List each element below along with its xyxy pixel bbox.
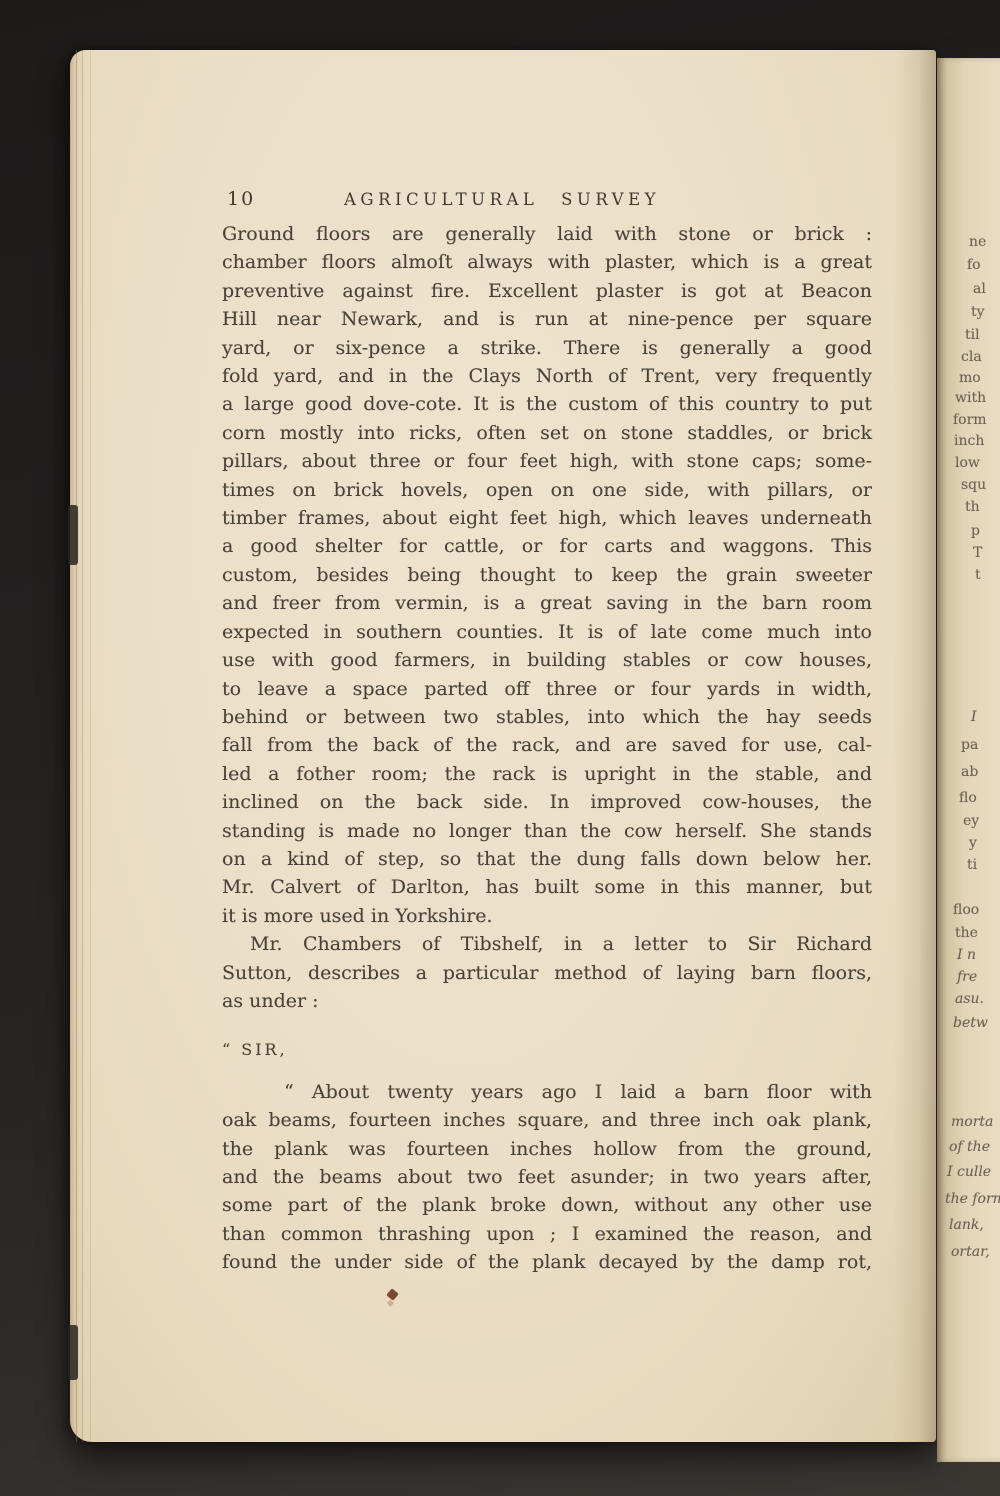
page-edge-notch xyxy=(68,1325,78,1380)
facing-page-text-fragment: betw xyxy=(953,1016,988,1030)
paragraph: Ground floors are generally laid with st… xyxy=(222,220,872,930)
text-line: oak beams, fourteen inches square, and t… xyxy=(222,1106,872,1134)
text-line: corn mostly into ricks, often set on sto… xyxy=(222,419,872,447)
text-line: a good shelter for cattle, or for carts … xyxy=(222,532,872,560)
text-line: found the under side of the plank decaye… xyxy=(222,1248,872,1276)
text-line: standing is made no longer than the cow … xyxy=(222,817,872,845)
text-line: it is more used in Yorkshire. xyxy=(222,902,872,930)
text-line: yard, or six-pence a strike. There is ge… xyxy=(222,334,872,362)
text-line: some part of the plank broke down, witho… xyxy=(222,1191,872,1219)
text-line: Mr. Calvert of Darlton, has built some i… xyxy=(222,873,872,901)
facing-page-text-fragment: I n xyxy=(957,948,976,962)
letter-salutation: “ SIR, xyxy=(222,1036,872,1064)
text-line: use with good farmers, in building stabl… xyxy=(222,646,872,674)
facing-page-text-fragment: the xyxy=(955,926,978,940)
text-line: Mr. Chambers of Tibshelf, in a letter to… xyxy=(222,930,872,958)
text-line: on a kind of step, so that the dung fall… xyxy=(222,845,872,873)
text-line: behind or between two stables, into whic… xyxy=(222,703,872,731)
page-edge-notch xyxy=(68,505,78,565)
facing-page-text-fragment: flo xyxy=(959,791,977,805)
text-line: led a fother room; the rack is upright i… xyxy=(222,760,872,788)
text-line: pillars, about three or four feet high, … xyxy=(222,447,872,475)
facing-page-text-fragment: p xyxy=(971,524,980,538)
facing-page-text-fragment: t xyxy=(975,568,981,582)
text-line: fold yard, and in the Clays North of Tre… xyxy=(222,362,872,390)
facing-page-text-fragment: I xyxy=(971,710,977,724)
facing-page-text-fragment: the form xyxy=(945,1192,1000,1206)
facing-page-text-fragment: th xyxy=(965,500,980,514)
facing-page-text-fragment: of the xyxy=(949,1140,990,1154)
text-line: a large good dove-cote. It is the custom… xyxy=(222,390,872,418)
text-line: Hill near Newark, and is run at nine-pen… xyxy=(222,305,872,333)
text-line: than common thrashing upon ; I examined … xyxy=(222,1220,872,1248)
facing-page-text-fragment: fre xyxy=(957,970,977,984)
facing-page-text-fragment: ab xyxy=(961,765,978,779)
facing-page-text-fragment: y xyxy=(969,836,977,850)
text-line: preventive against fire. Excellent plast… xyxy=(222,277,872,305)
book-photo: 10 AGRICULTURAL SURVEY Ground floors are… xyxy=(0,0,1000,1496)
page-edge-line xyxy=(90,50,91,1442)
text-line: times on brick hovels, open on one side,… xyxy=(222,476,872,504)
text-line: and the beams about two feet asunder; in… xyxy=(222,1163,872,1191)
text-line: timber frames, about eight feet high, wh… xyxy=(222,504,872,532)
page-edge-line xyxy=(82,50,83,1442)
text-line: and freer from vermin, is a great saving… xyxy=(222,589,872,617)
facing-page-text-fragment: inch xyxy=(954,434,984,448)
facing-page-text-fragment: ty xyxy=(971,305,985,319)
text-line: inclined on the back side. In improved c… xyxy=(222,788,872,816)
facing-page-text-fragment: T xyxy=(973,546,982,560)
facing-page-text-fragment: cla xyxy=(961,350,982,364)
facing-page-text-fragment: lank, xyxy=(949,1218,984,1232)
body-text: Ground floors are generally laid with st… xyxy=(222,220,872,1277)
text-line: to leave a space parted off three or fou… xyxy=(222,675,872,703)
facing-page-text-fragment: low xyxy=(955,456,980,470)
book-page: 10 AGRICULTURAL SURVEY Ground floors are… xyxy=(70,50,936,1442)
text-line: custom, besides being thought to keep th… xyxy=(222,561,872,589)
facing-page-text-fragment: asu. xyxy=(955,992,984,1006)
facing-page-text-fragment: ortar, xyxy=(951,1245,990,1259)
running-title: AGRICULTURAL SURVEY xyxy=(222,190,782,209)
facing-page-text-fragment: al xyxy=(973,282,986,296)
page-edge-line xyxy=(76,50,77,1442)
page-edge-stack xyxy=(70,50,106,1442)
text-line: as under : xyxy=(222,987,872,1015)
facing-page-text-fragment: I culle xyxy=(947,1165,991,1179)
facing-page-text-fragment: mo xyxy=(959,371,981,385)
facing-page-text-fragment: form xyxy=(953,413,987,427)
paragraph: “ About twenty years ago I laid a barn f… xyxy=(222,1078,872,1277)
facing-page-text-fragment: ey xyxy=(963,814,979,828)
facing-page-text-fragment: pa xyxy=(961,738,978,752)
text-line: fall from the back of the rack, and are … xyxy=(222,731,872,759)
text-line: Ground floors are generally laid with st… xyxy=(222,220,872,248)
facing-page-text-fragment: floo xyxy=(953,903,979,917)
paragraph: Mr. Chambers of Tibshelf, in a letter to… xyxy=(222,930,872,1015)
ink-blot xyxy=(386,1288,399,1301)
facing-page-text-fragment: fo xyxy=(967,258,981,272)
facing-page-text-fragment: ti xyxy=(967,858,977,872)
facing-page-text-fragment: with xyxy=(955,391,986,405)
text-line: expected in southern counties. It is of … xyxy=(222,618,872,646)
facing-page-text-fragment: til xyxy=(965,328,980,342)
text-line: “ About twenty years ago I laid a barn f… xyxy=(222,1078,872,1106)
text-line: the plank was fourteen inches hollow fro… xyxy=(222,1135,872,1163)
facing-page-text-fragment: morta xyxy=(951,1115,993,1129)
text-line: chamber floors almoſt always with plaste… xyxy=(222,248,872,276)
facing-page-text-fragment: ne xyxy=(969,235,986,249)
facing-page-sliver: nefoaltytilclamowithforminchlowsquthpTtI… xyxy=(937,58,1000,1462)
text-line: Sutton, describes a particular method of… xyxy=(222,959,872,987)
facing-page-text-fragment: squ xyxy=(961,478,986,492)
